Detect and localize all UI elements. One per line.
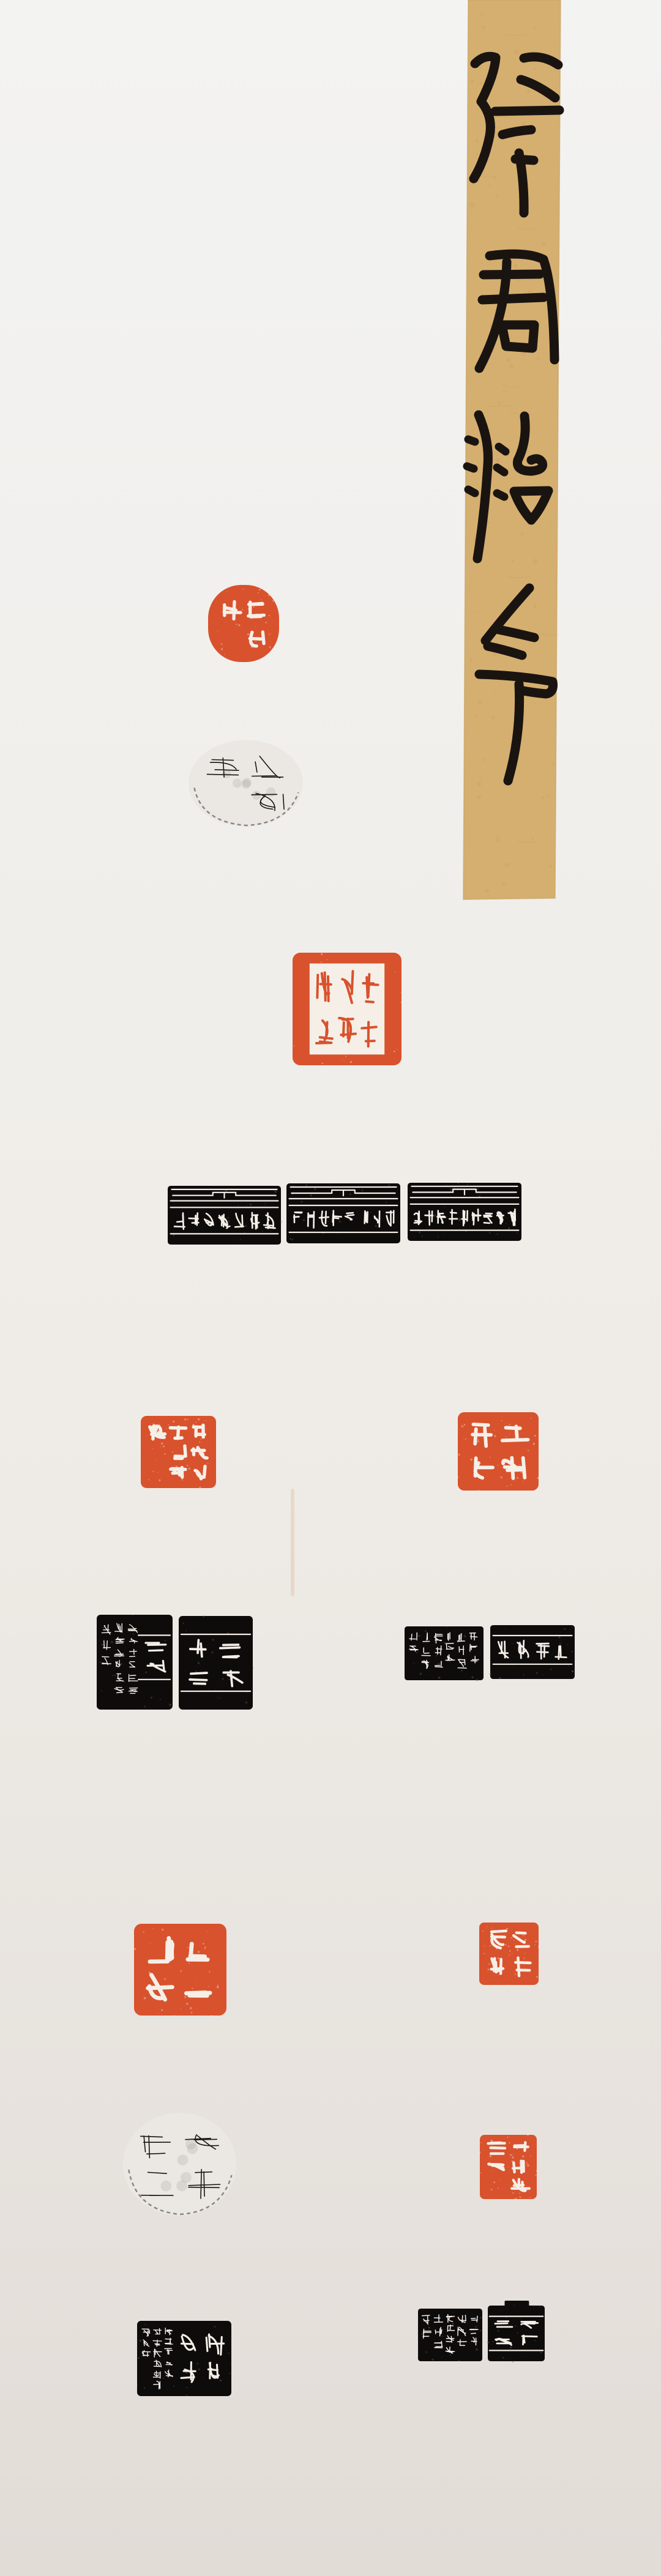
texture-speck xyxy=(487,2341,490,2343)
texture-speck xyxy=(327,959,328,961)
red-seal-impression xyxy=(207,584,280,663)
texture-speck xyxy=(525,1939,526,1941)
texture-speck xyxy=(494,693,496,695)
texture-speck xyxy=(479,2151,481,2153)
texture-speck xyxy=(467,1183,468,1185)
texture-speck xyxy=(151,1697,152,1699)
texture-speck xyxy=(301,1201,303,1203)
brush-dot xyxy=(499,447,506,452)
paper-stain xyxy=(291,1489,294,1596)
texture-speck xyxy=(218,1682,219,1683)
texture-speck xyxy=(501,1420,502,1421)
texture-speck xyxy=(103,1626,105,1628)
texture-speck xyxy=(497,1234,498,1235)
texture-speck xyxy=(421,2310,422,2310)
texture-speck xyxy=(170,1206,171,1207)
texture-speck xyxy=(230,2364,231,2365)
texture-speck xyxy=(438,1677,441,1679)
texture-speck xyxy=(434,1215,436,1217)
texture-speck xyxy=(310,972,311,973)
texture-speck xyxy=(198,1418,200,1421)
texture-speck xyxy=(512,2154,513,2155)
texture-speck xyxy=(450,2355,451,2356)
texture-speck xyxy=(533,1443,535,1445)
impression-graphic xyxy=(487,2305,545,2362)
texture-speck xyxy=(480,82,483,84)
texture-speck xyxy=(133,1633,134,1634)
texture-speck xyxy=(520,2319,521,2320)
texture-speck xyxy=(187,1947,189,1948)
texture-speck xyxy=(476,2348,478,2351)
texture-speck xyxy=(370,1212,371,1213)
texture-speck xyxy=(168,1424,169,1426)
texture-speck xyxy=(132,1615,133,1616)
seal-face xyxy=(479,1923,539,1985)
texture-speck xyxy=(534,1435,536,1437)
texture-speck xyxy=(181,2008,182,2009)
texture-speck xyxy=(558,1636,560,1638)
texture-speck xyxy=(499,686,501,687)
texture-speck xyxy=(238,624,240,626)
texture-speck xyxy=(518,280,520,281)
texture-speck xyxy=(458,1454,460,1456)
texture-speck xyxy=(198,2369,200,2370)
texture-speck xyxy=(509,2142,510,2144)
texture-speck xyxy=(535,1945,536,1946)
texture-speck xyxy=(527,2164,529,2167)
texture-speck xyxy=(542,797,544,799)
texture-speck xyxy=(526,1467,526,1467)
texture-speck xyxy=(189,1963,190,1964)
texture-speck xyxy=(148,1479,149,1480)
texture-speck xyxy=(477,1188,479,1190)
texture-speck xyxy=(506,665,507,666)
texture-speck xyxy=(322,1063,324,1065)
texture-speck xyxy=(229,2373,230,2374)
side-inscription-rubbing xyxy=(404,1626,484,1681)
texture-speck xyxy=(465,1439,466,1440)
black-ink-rubbing xyxy=(167,1185,282,1245)
ink-smudge xyxy=(266,787,275,797)
texture-speck xyxy=(478,1439,479,1440)
texture-speck xyxy=(395,972,396,973)
texture-speck xyxy=(560,1640,561,1641)
texture-speck xyxy=(222,1678,224,1680)
texture-speck xyxy=(314,1188,316,1190)
texture-speck xyxy=(496,836,498,838)
texture-speck xyxy=(527,89,531,93)
texture-speck xyxy=(209,605,210,606)
texture-speck xyxy=(511,1937,512,1938)
texture-speck xyxy=(564,1628,566,1630)
texture-speck xyxy=(547,794,550,797)
texture-speck xyxy=(329,1219,330,1220)
texture-speck xyxy=(381,990,383,992)
texture-speck xyxy=(488,521,490,523)
texture-speck xyxy=(494,177,497,180)
texture-speck xyxy=(489,1412,490,1412)
texture-speck xyxy=(489,1673,491,1675)
texture-speck xyxy=(425,2351,427,2353)
texture-speck xyxy=(418,1635,420,1637)
texture-speck xyxy=(182,1479,184,1481)
texture-speck xyxy=(345,1055,346,1057)
texture-speck xyxy=(187,1465,189,1467)
texture-speck xyxy=(198,1454,200,1456)
texture-speck xyxy=(559,1643,561,1645)
texture-speck xyxy=(509,600,510,602)
light-ink-rubbing xyxy=(187,737,304,829)
texture-speck xyxy=(144,1997,146,2000)
side-inscription-rubbing xyxy=(417,2308,483,2362)
texture-speck xyxy=(506,358,510,362)
impression-graphic xyxy=(136,2320,232,2397)
texture-speck xyxy=(536,1976,538,1978)
texture-speck xyxy=(253,606,254,608)
texture-speck xyxy=(152,1448,152,1449)
texture-speck xyxy=(534,26,537,28)
texture-speck xyxy=(507,455,509,456)
texture-speck xyxy=(470,203,475,207)
texture-speck xyxy=(165,1640,166,1641)
texture-speck xyxy=(484,1945,485,1946)
texture-speck xyxy=(163,2378,164,2379)
texture-speck xyxy=(174,2015,175,2016)
texture-speck xyxy=(184,1996,186,1998)
texture-speck xyxy=(186,2003,189,2005)
texture-speck xyxy=(149,1971,151,1973)
texture-speck xyxy=(420,1673,422,1675)
texture-speck xyxy=(488,2308,490,2309)
texture-speck xyxy=(498,2330,499,2332)
texture-speck xyxy=(343,1045,344,1046)
texture-speck xyxy=(145,1672,147,1673)
impression-graphic xyxy=(407,1182,522,1241)
texture-speck xyxy=(521,122,526,126)
texture-speck xyxy=(480,2317,482,2318)
texture-speck xyxy=(461,1425,463,1427)
texture-speck xyxy=(550,865,553,868)
texture-speck xyxy=(489,1232,491,1234)
texture-speck xyxy=(419,1231,420,1233)
texture-speck xyxy=(477,1440,479,1442)
texture-speck xyxy=(472,1467,473,1467)
texture-speck xyxy=(482,758,485,761)
texture-speck xyxy=(450,1191,452,1192)
texture-speck xyxy=(480,13,483,16)
texture-speck xyxy=(204,1949,206,1950)
texture-speck xyxy=(221,643,223,645)
texture-speck xyxy=(291,1238,293,1240)
side-inscription-rubbing xyxy=(136,2320,232,2397)
texture-speck xyxy=(507,2137,508,2138)
texture-speck xyxy=(474,38,475,39)
texture-speck xyxy=(161,2009,163,2011)
texture-speck xyxy=(522,2156,524,2157)
texture-speck xyxy=(321,953,323,955)
texture-speck xyxy=(157,1473,158,1473)
texture-speck xyxy=(484,2195,485,2195)
texture-speck xyxy=(425,1630,427,1632)
impression-graphic xyxy=(133,1923,227,2016)
light-ink-rubbing xyxy=(122,2110,237,2219)
texture-speck xyxy=(134,1948,136,1950)
texture-speck xyxy=(513,1940,514,1941)
texture-speck xyxy=(195,1670,197,1672)
texture-speck xyxy=(428,2327,430,2329)
texture-speck xyxy=(497,1465,498,1466)
texture-speck xyxy=(173,1421,174,1423)
brush-stroke xyxy=(515,159,534,160)
texture-speck xyxy=(509,1424,510,1425)
texture-speck xyxy=(458,1183,459,1184)
rubbing-tab xyxy=(505,2301,529,2307)
texture-speck xyxy=(189,1468,190,1470)
texture-speck xyxy=(436,1655,437,1656)
texture-speck xyxy=(169,1703,171,1706)
texture-speck xyxy=(567,1644,569,1645)
impression-graphic xyxy=(187,737,304,829)
texture-speck xyxy=(475,139,479,143)
texture-speck xyxy=(227,1217,229,1219)
texture-speck xyxy=(289,1238,291,1240)
texture-speck xyxy=(247,1205,248,1206)
texture-speck xyxy=(209,1971,211,1973)
texture-speck xyxy=(266,622,267,624)
texture-speck xyxy=(199,1486,201,1488)
brush-dot xyxy=(468,439,475,442)
texture-speck xyxy=(480,2330,481,2331)
texture-speck xyxy=(212,1639,214,1640)
ink-smudge xyxy=(181,2172,192,2183)
texture-speck xyxy=(438,1662,440,1665)
red-seal-impression xyxy=(479,1922,539,1986)
texture-speck xyxy=(196,1981,196,1982)
texture-speck xyxy=(490,2155,492,2157)
texture-speck xyxy=(431,2320,431,2320)
texture-speck xyxy=(431,2359,433,2361)
texture-speck xyxy=(480,2172,481,2173)
texture-speck xyxy=(498,2140,499,2141)
impression-graphic xyxy=(178,1615,253,1710)
texture-speck xyxy=(572,1670,573,1672)
texture-speck xyxy=(511,1656,512,1656)
brush-stroke xyxy=(502,130,531,135)
texture-speck xyxy=(218,1976,218,1977)
texture-speck xyxy=(203,1943,204,1945)
texture-speck xyxy=(509,1955,510,1956)
texture-speck xyxy=(512,2192,514,2194)
texture-speck xyxy=(536,2170,538,2172)
texture-speck xyxy=(310,1194,312,1196)
texture-speck xyxy=(517,1477,518,1479)
texture-speck xyxy=(236,624,237,625)
texture-speck xyxy=(542,1674,543,1675)
texture-speck xyxy=(480,778,483,781)
texture-speck xyxy=(203,1615,204,1617)
texture-speck xyxy=(495,757,496,758)
texture-speck xyxy=(491,2189,493,2191)
texture-speck xyxy=(513,1643,514,1644)
texture-speck xyxy=(220,2380,222,2382)
texture-speck xyxy=(242,589,244,590)
texture-speck xyxy=(160,1446,161,1447)
texture-speck xyxy=(264,1205,265,1206)
texture-speck xyxy=(228,2353,230,2354)
texture-speck xyxy=(205,1420,206,1421)
texture-speck xyxy=(514,2304,515,2306)
impression-graphic xyxy=(122,2110,237,2219)
texture-speck xyxy=(413,1663,414,1664)
texture-speck xyxy=(217,631,218,633)
texture-speck xyxy=(237,1191,239,1193)
texture-speck xyxy=(313,996,315,997)
texture-speck xyxy=(340,1030,341,1030)
texture-speck xyxy=(318,1049,319,1050)
texture-speck xyxy=(532,559,537,564)
texture-speck xyxy=(303,1219,305,1221)
texture-speck xyxy=(478,1489,479,1491)
texture-speck xyxy=(305,1184,307,1186)
texture-speck xyxy=(337,1003,338,1004)
texture-speck xyxy=(250,1204,252,1205)
texture-speck xyxy=(212,1651,214,1653)
texture-speck xyxy=(506,1928,508,1930)
texture-speck xyxy=(533,2306,534,2307)
texture-speck xyxy=(224,654,225,655)
texture-speck xyxy=(247,1692,247,1692)
texture-speck xyxy=(252,1667,253,1669)
texture-speck xyxy=(510,2347,512,2349)
texture-speck xyxy=(469,659,473,663)
texture-speck xyxy=(515,1973,516,1975)
texture-speck xyxy=(389,1185,390,1186)
texture-speck xyxy=(184,1418,186,1420)
texture-speck xyxy=(542,242,546,245)
texture-speck xyxy=(150,1943,151,1943)
texture-speck xyxy=(520,1464,521,1465)
texture-speck xyxy=(197,2363,199,2365)
texture-speck xyxy=(155,1460,155,1461)
texture-speck xyxy=(181,1970,182,1972)
texture-speck xyxy=(269,634,270,635)
brush-dot xyxy=(497,467,504,472)
texture-speck xyxy=(499,1677,501,1680)
texture-speck xyxy=(534,68,537,71)
texture-speck xyxy=(510,1484,512,1486)
texture-speck xyxy=(211,2015,212,2017)
red-seal-impression xyxy=(292,952,402,1066)
texture-speck xyxy=(498,2188,499,2189)
texture-speck xyxy=(245,1225,247,1227)
texture-speck xyxy=(473,611,476,614)
texture-speck xyxy=(568,1666,569,1667)
texture-speck xyxy=(532,838,534,840)
texture-speck xyxy=(551,524,553,526)
texture-speck xyxy=(161,1443,163,1445)
texture-speck xyxy=(509,364,513,368)
texture-speck xyxy=(534,2340,536,2341)
texture-speck xyxy=(442,2336,443,2337)
texture-speck xyxy=(493,652,497,657)
texture-speck xyxy=(512,560,515,562)
texture-speck xyxy=(488,184,490,187)
texture-speck xyxy=(144,2387,146,2389)
texture-speck xyxy=(152,1471,154,1472)
texture-speck xyxy=(269,647,271,649)
texture-speck xyxy=(505,1944,507,1946)
texture-speck xyxy=(571,1651,573,1653)
texture-speck xyxy=(507,1486,508,1487)
seal-face xyxy=(458,1412,539,1491)
texture-speck xyxy=(502,2357,504,2359)
texture-speck xyxy=(422,1235,423,1237)
texture-speck xyxy=(496,194,499,197)
texture-speck xyxy=(477,795,482,799)
texture-speck xyxy=(450,1188,452,1190)
texture-speck xyxy=(187,1419,189,1420)
texture-speck xyxy=(459,1218,461,1220)
texture-speck xyxy=(267,590,269,592)
impression-graphic xyxy=(292,952,402,1066)
texture-speck xyxy=(196,2008,197,2008)
impression-graphic xyxy=(479,2134,537,2200)
texture-speck xyxy=(506,1436,507,1437)
texture-speck xyxy=(199,1442,200,1443)
texture-speck xyxy=(315,1016,316,1018)
texture-speck xyxy=(457,1640,458,1641)
texture-speck xyxy=(430,1661,430,1661)
texture-speck xyxy=(502,390,506,393)
texture-speck xyxy=(536,1957,536,1957)
texture-speck xyxy=(196,1421,197,1423)
texture-speck xyxy=(216,1697,217,1697)
texture-speck xyxy=(228,1678,230,1680)
texture-speck xyxy=(173,2386,174,2387)
texture-speck xyxy=(478,700,482,704)
texture-speck xyxy=(489,2197,490,2198)
texture-speck xyxy=(329,1183,330,1185)
texture-speck xyxy=(397,1049,397,1050)
brush-stroke xyxy=(482,297,543,300)
ink-smudge xyxy=(242,778,252,787)
texture-speck xyxy=(479,767,480,768)
texture-speck xyxy=(475,714,477,717)
texture-speck xyxy=(173,1992,173,1992)
texture-speck xyxy=(127,1628,127,1629)
texture-speck xyxy=(482,26,485,29)
brush-dot xyxy=(497,493,504,497)
texture-speck xyxy=(519,2193,520,2194)
texture-speck xyxy=(108,1615,110,1617)
texture-speck xyxy=(139,2340,141,2342)
texture-speck xyxy=(515,2347,515,2347)
texture-speck xyxy=(512,2156,514,2159)
texture-speck xyxy=(517,1949,518,1951)
texture-speck xyxy=(496,458,501,463)
brush-stroke xyxy=(484,274,540,275)
texture-speck xyxy=(468,1680,468,1681)
rubbing-ink xyxy=(137,2321,231,2396)
texture-speck xyxy=(482,1930,484,1932)
texture-speck xyxy=(274,1191,277,1193)
texture-speck xyxy=(225,622,226,622)
impression-graphic xyxy=(286,1183,401,1244)
texture-speck xyxy=(567,1657,568,1658)
texture-speck xyxy=(173,1234,174,1236)
texture-speck xyxy=(357,1035,357,1036)
texture-speck xyxy=(505,1628,506,1629)
